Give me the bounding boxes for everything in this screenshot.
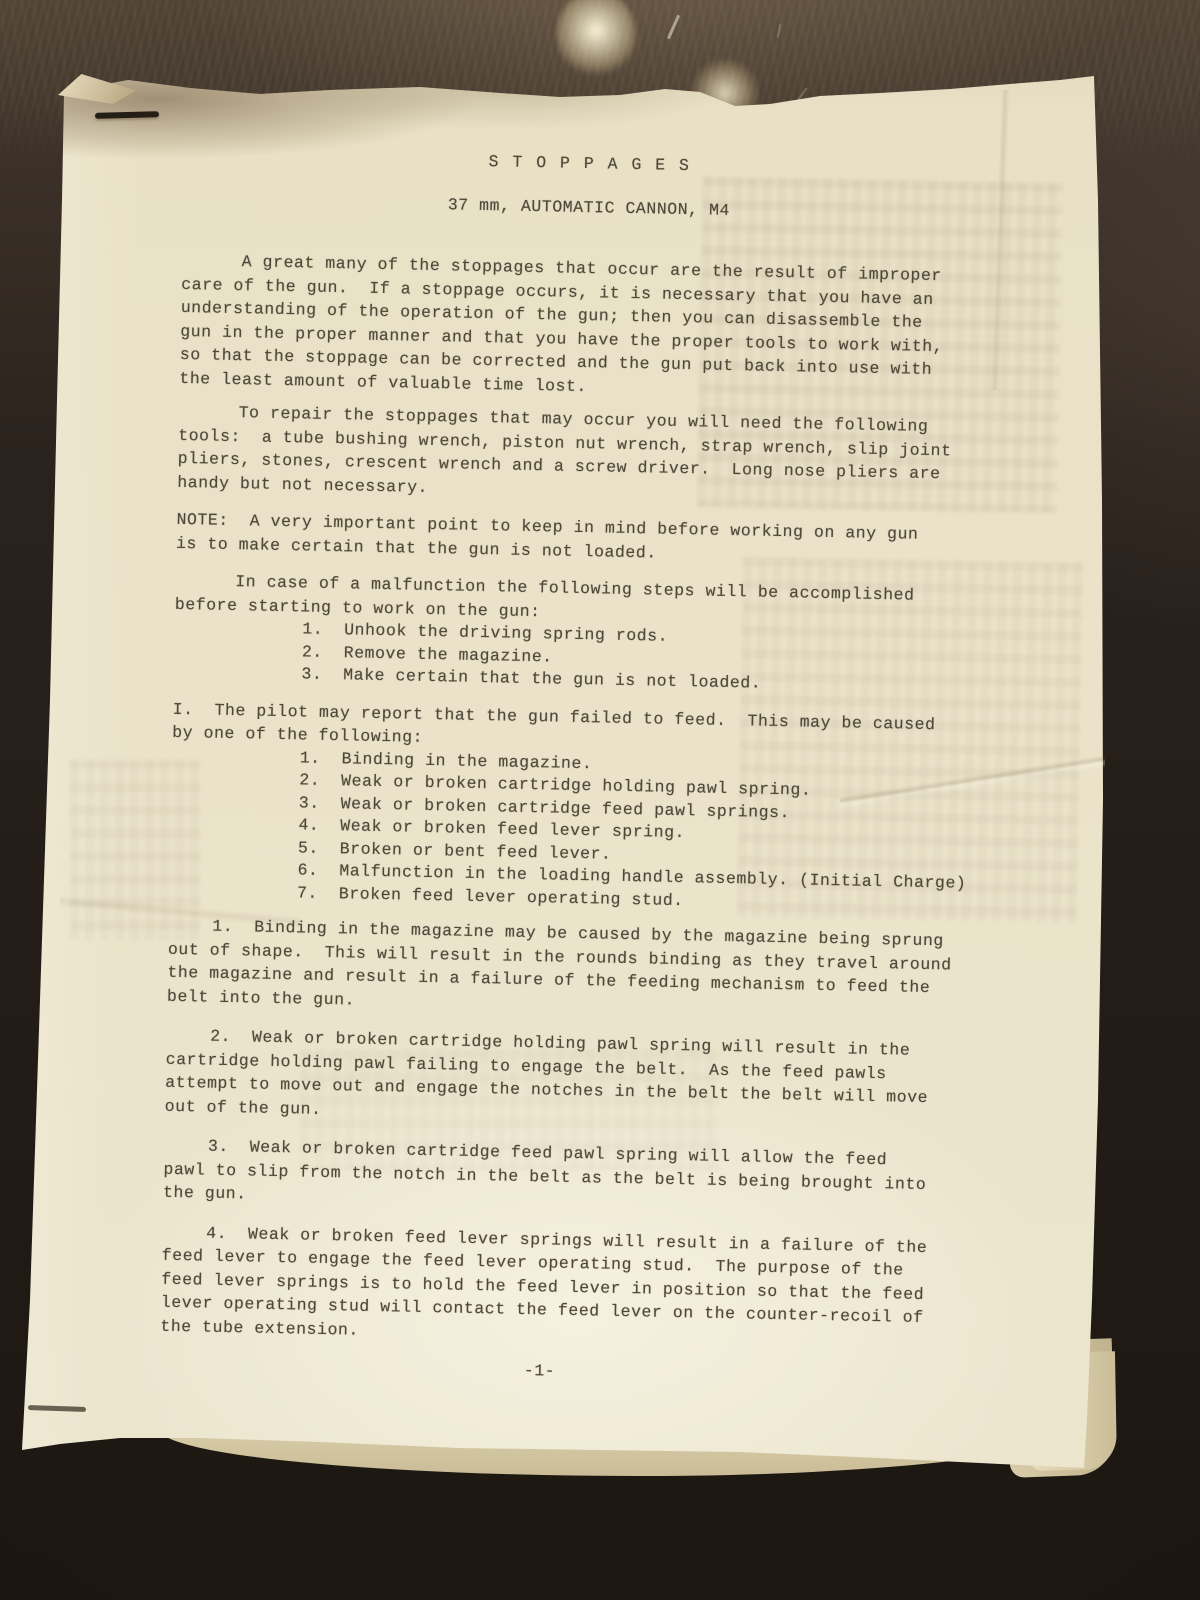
paragraph: 4. Weak or broken feed lever springs wil… [146,1220,988,1354]
paragraph: To repair the stoppages that may occur y… [163,400,1005,511]
paragraph: 3. Weak or broken cartridge feed pawl sp… [149,1133,990,1220]
numbered-list: 1. Binding in the magazine.2. Weak or br… [155,744,998,918]
paragraph: 2. Weak or broken cartridge holding pawl… [151,1023,993,1134]
paragraph: NOTE: A very important point to keep in … [162,508,1003,572]
paragraph: A great many of the stoppages that occur… [165,249,1008,407]
photo-of-document: S T O P P A G E S 37 mm, AUTOMATIC CANNO… [0,0,1200,1600]
document-body: A great many of the stoppages that occur… [146,249,1008,1355]
paragraph: 1. Binding in the magazine may be caused… [153,914,995,1025]
page-subtitle: 37 mm, AUTOMATIC CANNON, M4 [169,187,1009,227]
typed-text-layer: S T O P P A G E S 37 mm, AUTOMATIC CANNO… [145,144,1010,1392]
